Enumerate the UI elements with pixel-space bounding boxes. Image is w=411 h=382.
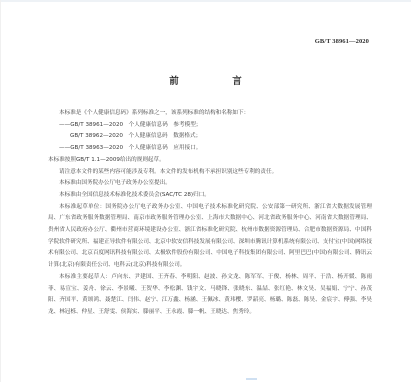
- foreword-body: 本标准是《个人健康信息码》系列标准之一，该系列标准的结构和名称如下： ——GB/…: [48, 108, 372, 319]
- series-intro-paragraph: 本标准是《个人健康信息码》系列标准之一，该系列标准的结构和名称如下：: [48, 108, 372, 120]
- scroll-indicator[interactable]: [246, 378, 257, 380]
- centralized-by-paragraph: 本标准由全国信息技术标准化技术委员会(SAC/TC 28)归口。: [48, 190, 372, 202]
- drafting-units-paragraph: 本标准起草单位：国务院办公厅电子政务办公室、中国电子技术标准化研究院、公安部第一…: [48, 202, 372, 272]
- series-list-item: ——GB/T 38961—2020 个人健康信息码 参考模型；: [48, 120, 372, 132]
- drafters-paragraph: 本标准主要起草人：卢向东、尹建国、王齐春、李明阳、赵波、孙文龙、陈军军、于俊、杨…: [48, 272, 372, 319]
- drafting-rules-paragraph: 本标准按照GB/T 1.1—2009给出的规则起草。: [48, 155, 372, 167]
- proposed-by-paragraph: 本标准由国务院办公厅电子政务办公室提出。: [48, 178, 372, 190]
- standard-code: GB/T 38961—2020: [315, 38, 369, 45]
- series-list-item: ——GB/T 38963—2020 个人健康信息码 应用接口。: [48, 143, 372, 155]
- page-title: 前 言: [0, 73, 411, 87]
- page-top-border: [0, 0, 411, 2]
- page-left-border: [0, 0, 1, 382]
- series-list-item: GB/T 38962—2020 个人健康信息码 数据格式；: [48, 131, 372, 143]
- patent-notice-paragraph: 请注意本文件的某些内容可能涉及专利。本文件的发布机构不承担识别这些专利的责任。: [48, 167, 372, 179]
